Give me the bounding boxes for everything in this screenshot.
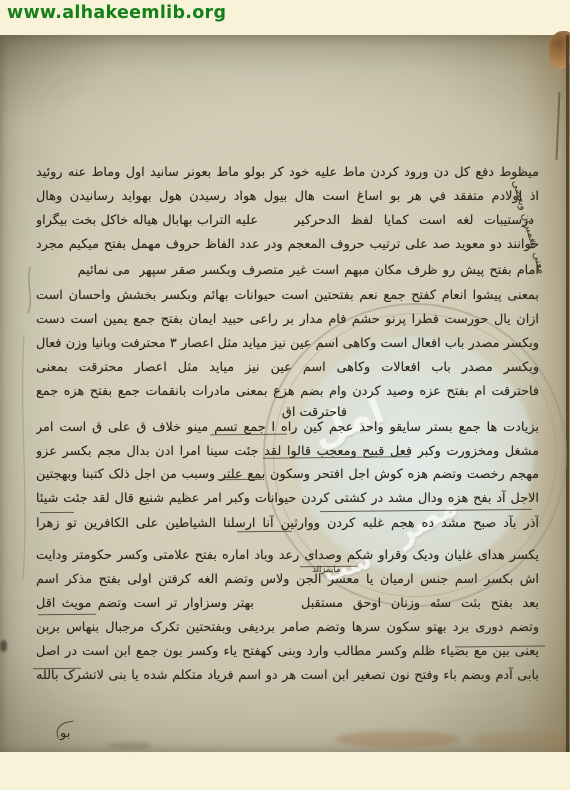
text-line: مهجم رخصت وتضم هزه کوش اجل افتحر وسکون ب… xyxy=(36,463,539,487)
text-line: بمعنی پیشوا انعام کفتح جمع نعم بفتحتین ا… xyxy=(36,284,539,308)
text-line: بزیادت ها جمع بستر سایقو واحد عجم کین را… xyxy=(36,416,539,440)
text-segment: علیه التراب بهابال هیاله خاکل بخت بیگراو xyxy=(36,209,258,233)
text-line: اش بکسر اسم جنس ارمیان یا معسر الجن ولاس… xyxy=(36,568,539,592)
text-line: اذ اولادم متفقد في هر بو اساغ است هال بی… xyxy=(36,185,539,209)
text-line: بابی آدم وبضم باء وفتح نون تصغیر ابن است… xyxy=(36,664,539,688)
catchword: بو xyxy=(60,726,70,741)
text-line: ازان یال حورست فطرا پرنو حشم فام مدار بر… xyxy=(36,308,539,332)
text-line: یکسر هدای غلیان ودیک وقراو شکم وصدای رعد… xyxy=(36,544,539,568)
page-background: www.alhakeemlib.org امل مصر شت میظوط دفع… xyxy=(0,0,570,790)
text-line: آذر بآد صبح مشد ده هجم غلبه کردن ووارثین… xyxy=(36,512,539,536)
text-line: الاجل آد بفح هزه ودال مشد در کشتی کردن ح… xyxy=(36,487,539,511)
manuscript-text-block: میظوط دفع کل دن ورود کردن ماط علیه خود ک… xyxy=(36,161,539,691)
margin-note-left: می نمائیم xyxy=(62,259,130,283)
text-line: یعنی بین مع بضیاء ظلم وکسر مطالب وارد وب… xyxy=(36,640,539,664)
text-segment: بهتر وسزاوار تر است وتضم مویث اقل است xyxy=(36,592,254,616)
text-segment: امام بفتح پیش رو ظرف مکان مبهم است غیر م… xyxy=(139,259,539,283)
text-line: وتضم دوری برد بهتو سکون سرها وتضم صامر ب… xyxy=(36,616,539,640)
text-line-split: درستیبات لغه است کمایا لفظ الدحرکیر علیه… xyxy=(36,209,539,233)
text-line: وبکسر مصدر باب افعال است وکاهی اسم عین ن… xyxy=(36,332,539,356)
text-segment: بعد بفتح بثت سئه وزنان اوحق مستقبل xyxy=(301,592,539,616)
edge-pen-mark xyxy=(556,92,561,160)
text-line-split: بعد بفتح بثت سئه وزنان اوحق مستقبل بهتر … xyxy=(36,592,539,616)
text-line: میظوط دفع کل دن ورود کردن ماط علیه خود ک… xyxy=(36,161,539,185)
text-line-with-margin-note: امام بفتح پیش رو ظرف مکان مبهم است غیر م… xyxy=(36,259,539,283)
text-line: وبکسر مصدر باب افعالات وکاهی اسم عین نیز… xyxy=(36,356,539,380)
text-segment: درستیبات لغه است کمایا لفظ الدحرکیر xyxy=(294,209,534,233)
text-line: خوانند دو معوید صد علی ترتیب حروف المعجم… xyxy=(36,233,539,257)
site-watermark-text: www.alhakeemlib.org xyxy=(7,3,226,23)
text-line: مشغل ومخزورت وکبر فعل قبیح ومعجب قالوا ل… xyxy=(36,440,539,464)
